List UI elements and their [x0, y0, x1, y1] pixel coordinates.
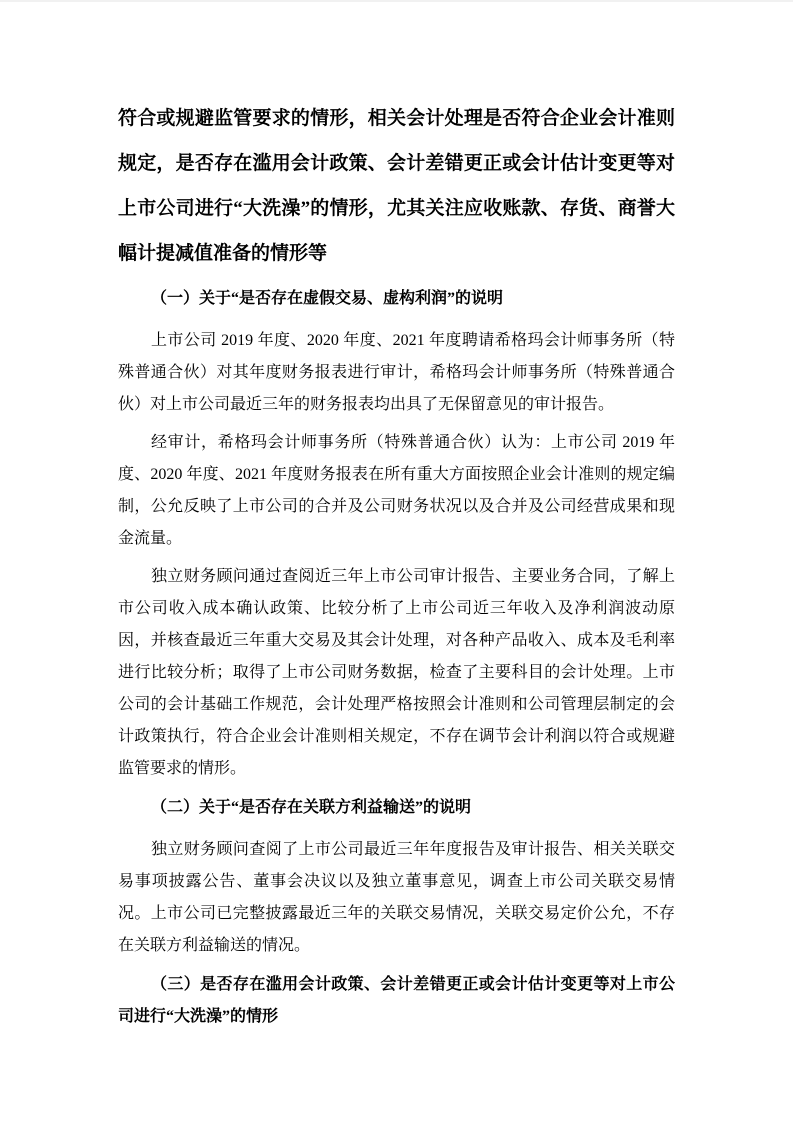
section-1-paragraph-1: 上市公司 2019 年度、2020 年度、2021 年度聘请希格玛会计师事务所（…: [118, 325, 675, 421]
section-3-heading: （三）是否存在滥用会计政策、会计差错更正或会计估计变更等对上市公司进行“大洗澡”…: [118, 969, 675, 1033]
section-2-heading: （二）关于“是否存在关联方利益输送”的说明: [118, 792, 675, 824]
section-1-heading: （一）关于“是否存在虚假交易、虚构利润”的说明: [118, 283, 675, 315]
carryover-bold-paragraph: 符合或规避监管要求的情形，相关会计处理是否符合企业会计准则规定，是否存在滥用会计…: [118, 96, 675, 276]
section-1-paragraph-3: 独立财务顾问通过查阅近三年上市公司审计报告、主要业务合同，了解上市公司收入成本确…: [118, 561, 675, 785]
document-page: 符合或规避监管要求的情形，相关会计处理是否符合企业会计准则规定，是否存在滥用会计…: [0, 0, 793, 1122]
section-2-paragraph-1: 独立财务顾问查阅了上市公司最近三年年度报告及审计报告、相关关联交易事项披露公告、…: [118, 834, 675, 962]
section-1-paragraph-2: 经审计，希格玛会计师事务所（特殊普通合伙）认为：上市公司 2019 年度、202…: [118, 427, 675, 555]
